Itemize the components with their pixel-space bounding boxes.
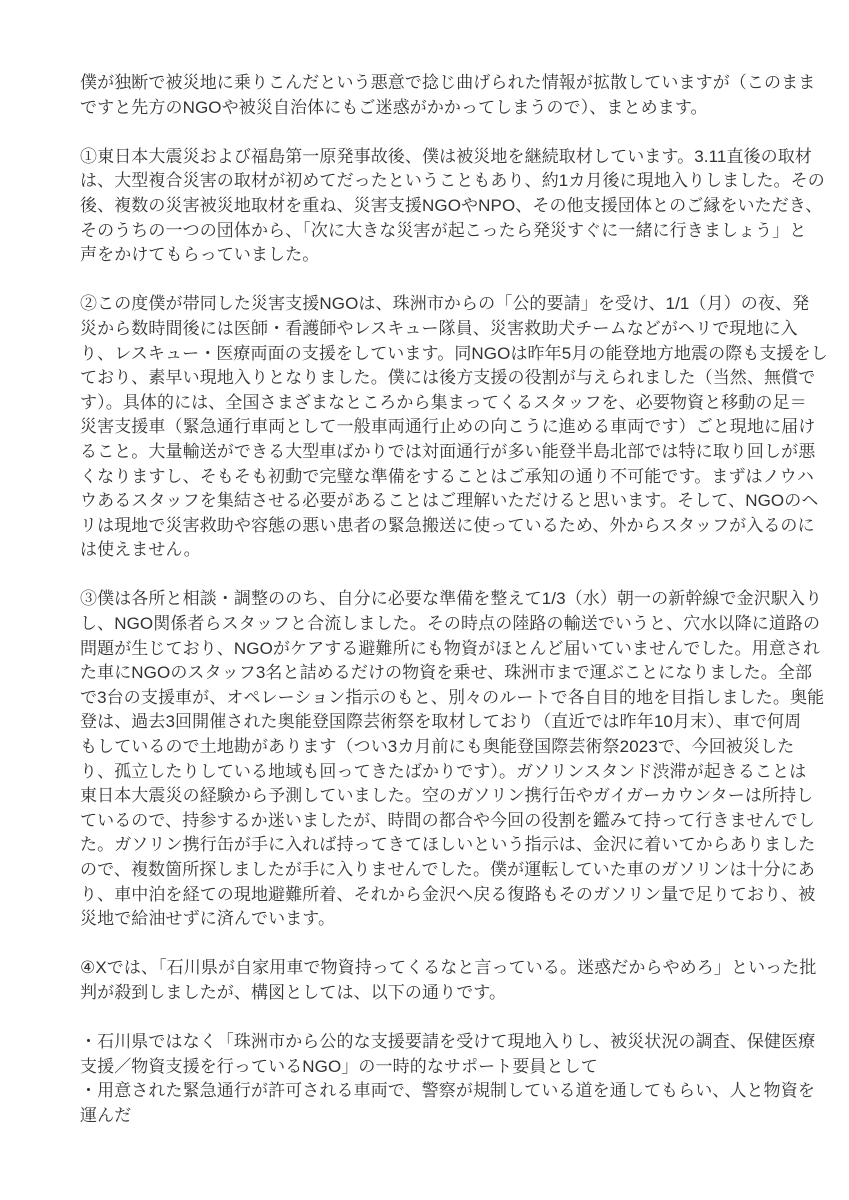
text-line: り、車中泊を経ての現地避難所着、それから金沢へ戻る復路もそのガソリン量で足りてお… bbox=[80, 883, 771, 908]
text-line: 声をかけてもらっていました。 bbox=[80, 243, 771, 268]
paragraph-section-2: ②この度僕が帯同した災害支援NGOは、珠洲市からの「公的要請」を受け、1/1（月… bbox=[80, 292, 771, 563]
text-line: 問題が生じており、NGOがケアする避難所にも物資がほとんど届いていませんでした。… bbox=[80, 637, 771, 662]
text-line: 災地で給油せずに済んでいます。 bbox=[80, 907, 771, 932]
text-line: 後、複数の災害被災地取材を重ね、災害支援NGOやNPO、その他支援団体とのご縁を… bbox=[80, 194, 771, 219]
text-line: ③僕は各所と相談・調整ののち、自分に必要な準備を整えて1/3（水）朝一の新幹線で… bbox=[80, 587, 771, 612]
text-line: くなりますし、そもそも初動で完璧な準備をすることはご承知の通り不可能です。まずは… bbox=[80, 465, 771, 490]
text-line: そのうちの一つの団体から、「次に大きな災害が起こったら発災すぐに一緒に行きましょ… bbox=[80, 219, 771, 244]
text-line: 判が殺到しましたが、構図としては、以下の通りです。 bbox=[80, 981, 771, 1006]
paragraph-bullet-list: ・石川県ではなく「珠洲市から公的な支援要請を受けて現地入りし、被災状況の調査、保… bbox=[80, 1030, 771, 1128]
text-line: は、大型複合災害の取材が初めてだったということもあり、約1カ月後に現地入りしまし… bbox=[80, 169, 771, 194]
text-line: ウあるスタッフを集結させる必要があることはご理解いただけると思います。そして、N… bbox=[80, 489, 771, 514]
text-line: ているので、持参するか迷いましたが、時間の都合や今回の役割を鑑みて持って行きませ… bbox=[80, 809, 771, 834]
bullet-line: ・用意された緊急通行が許可される車両で、警察が規制している道を通してもらい、人と… bbox=[80, 1079, 771, 1104]
text-line: は使えません。 bbox=[80, 538, 771, 563]
bullet-line: ・石川県ではなく「珠洲市から公的な支援要請を受けて現地入りし、被災状況の調査、保… bbox=[80, 1030, 771, 1055]
text-line: ので、複数箇所探しましたが手に入りませんでした。僕が運転していた車のガソリンは十… bbox=[80, 858, 771, 883]
text-line: り、孤立したりしている地域も回ってきたばかりです）。ガソリンスタンド渋滞が起きる… bbox=[80, 760, 771, 785]
text-line: す）。具体的には、全国さまざまなところから集まってくるスタッフを、必要物資と移動… bbox=[80, 391, 771, 416]
text-line: ②この度僕が帯同した災害支援NGOは、珠洲市からの「公的要請」を受け、1/1（月… bbox=[80, 292, 771, 317]
text-line: リは現地で災害救助や容態の悪い患者の緊急搬送に使っているため、外からスタッフが入… bbox=[80, 514, 771, 539]
text-line: で3台の支援車が、オペレーション指示のもと、別々のルートで各自目的地を目指しまし… bbox=[80, 686, 771, 711]
text-line: ですと先方のNGOや被災自治体にもご迷惑がかかってしまうので）、まとめます。 bbox=[80, 96, 771, 121]
text-line: ており、素早い現地入りとなりました。僕には後方支援の役割が与えられました（当然、… bbox=[80, 366, 771, 391]
paragraph-intro: 僕が独断で被災地に乗りこんだという悪意で捻じ曲げられた情報が拡散していますが（こ… bbox=[80, 71, 771, 120]
text-line: 災害支援車（緊急通行車両として一般車両通行止めの向こうに進める車両です）ごと現地… bbox=[80, 415, 771, 440]
text-line: し、NGO関係者らスタッフと合流しました。その時点の陸路の輸送でいうと、穴水以降… bbox=[80, 612, 771, 637]
paragraph-section-4: ④Xでは、「石川県が自家用車で物資持ってくるなと言っている。迷惑だからやめろ」と… bbox=[80, 956, 771, 1005]
document-page: 僕が独断で被災地に乗りこんだという悪意で捻じ曲げられた情報が拡散していますが（こ… bbox=[0, 0, 849, 1200]
text-line: 災から数時間後には医師・看護師やレスキュー隊員、災害救助犬チームなどがヘリで現地… bbox=[80, 317, 771, 342]
bullet-line-continuation: 支援／物資支援を行っているNGO」の一時的なサポート要員として bbox=[80, 1055, 771, 1080]
text-line: ること。大量輸送ができる大型車ばかりでは対面通行が多い能登半島北部では特に取り回… bbox=[80, 440, 771, 465]
text-line: ④Xでは、「石川県が自家用車で物資持ってくるなと言っている。迷惑だからやめろ」と… bbox=[80, 956, 771, 981]
text-line: 登は、過去3回開催された奥能登国際芸術祭を取材しており（直近では昨年10月末）、… bbox=[80, 710, 771, 735]
text-line: ①東日本大震災および福島第一原発事故後、僕は被災地を継続取材しています。3.11… bbox=[80, 145, 771, 170]
text-line: た車にNGOのスタッフ3名と詰めるだけの物資を乗せ、珠洲市まで運ぶことになりまし… bbox=[80, 661, 771, 686]
text-line: り、レスキュー・医療両面の支援をしています。同NGOは昨年5月の能登地方地震の際… bbox=[80, 342, 771, 367]
text-line: 僕が独断で被災地に乗りこんだという悪意で捻じ曲げられた情報が拡散していますが（こ… bbox=[80, 71, 771, 96]
paragraph-section-1: ①東日本大震災および福島第一原発事故後、僕は被災地を継続取材しています。3.11… bbox=[80, 145, 771, 268]
text-line: た。ガソリン携行缶が手に入れば持ってきてほしいという指示は、金沢に着いてからあり… bbox=[80, 833, 771, 858]
text-line: もしているので土地勘があります（つい3カ月前にも奥能登国際芸術祭2023で、今回… bbox=[80, 735, 771, 760]
paragraph-section-3: ③僕は各所と相談・調整ののち、自分に必要な準備を整えて1/3（水）朝一の新幹線で… bbox=[80, 587, 771, 931]
text-line: 東日本大震災の経験から予測していました。空のガソリン携行缶やガイガーカウンターは… bbox=[80, 784, 771, 809]
bullet-line-continuation: 運んだ bbox=[80, 1104, 771, 1129]
